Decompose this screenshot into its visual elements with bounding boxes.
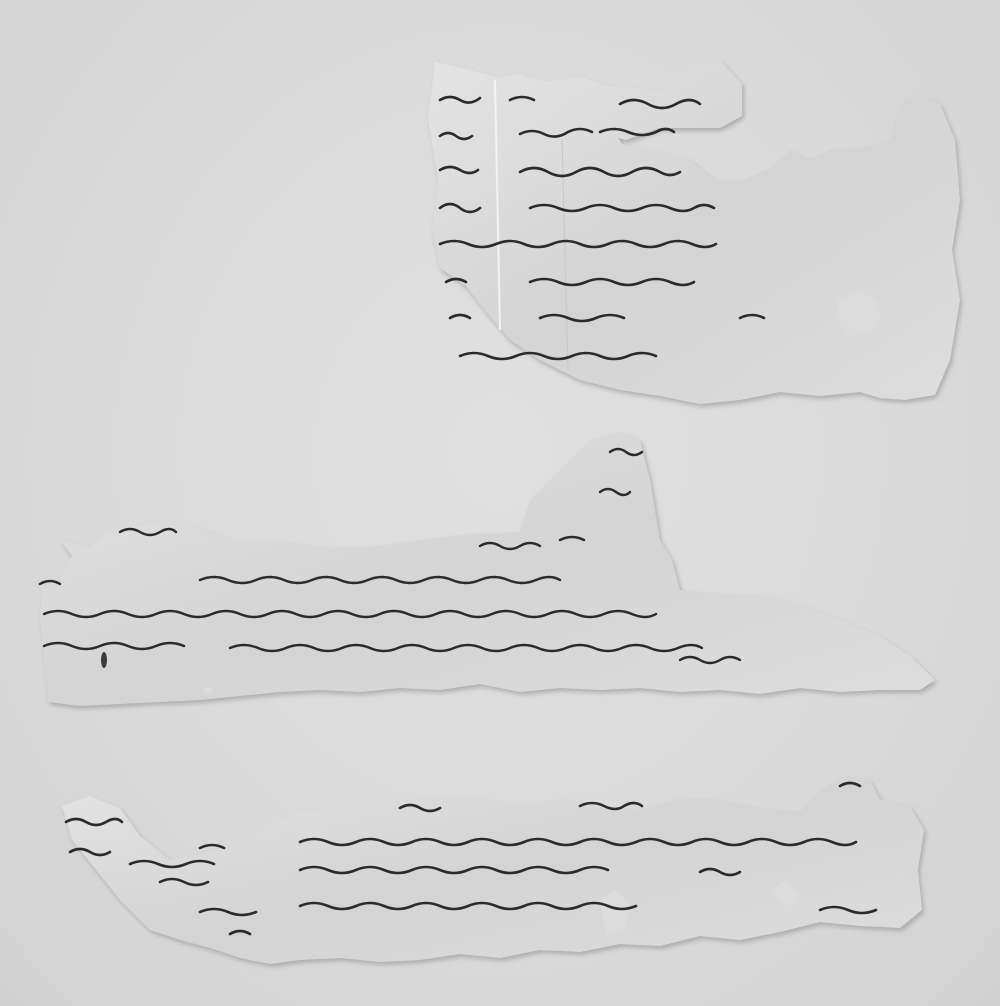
photograph-background [0, 0, 1000, 1006]
fragment-top [428, 60, 960, 404]
manuscript-fragments [0, 0, 1000, 1006]
fragment-bottom [62, 776, 924, 964]
fragment-middle [40, 432, 935, 706]
